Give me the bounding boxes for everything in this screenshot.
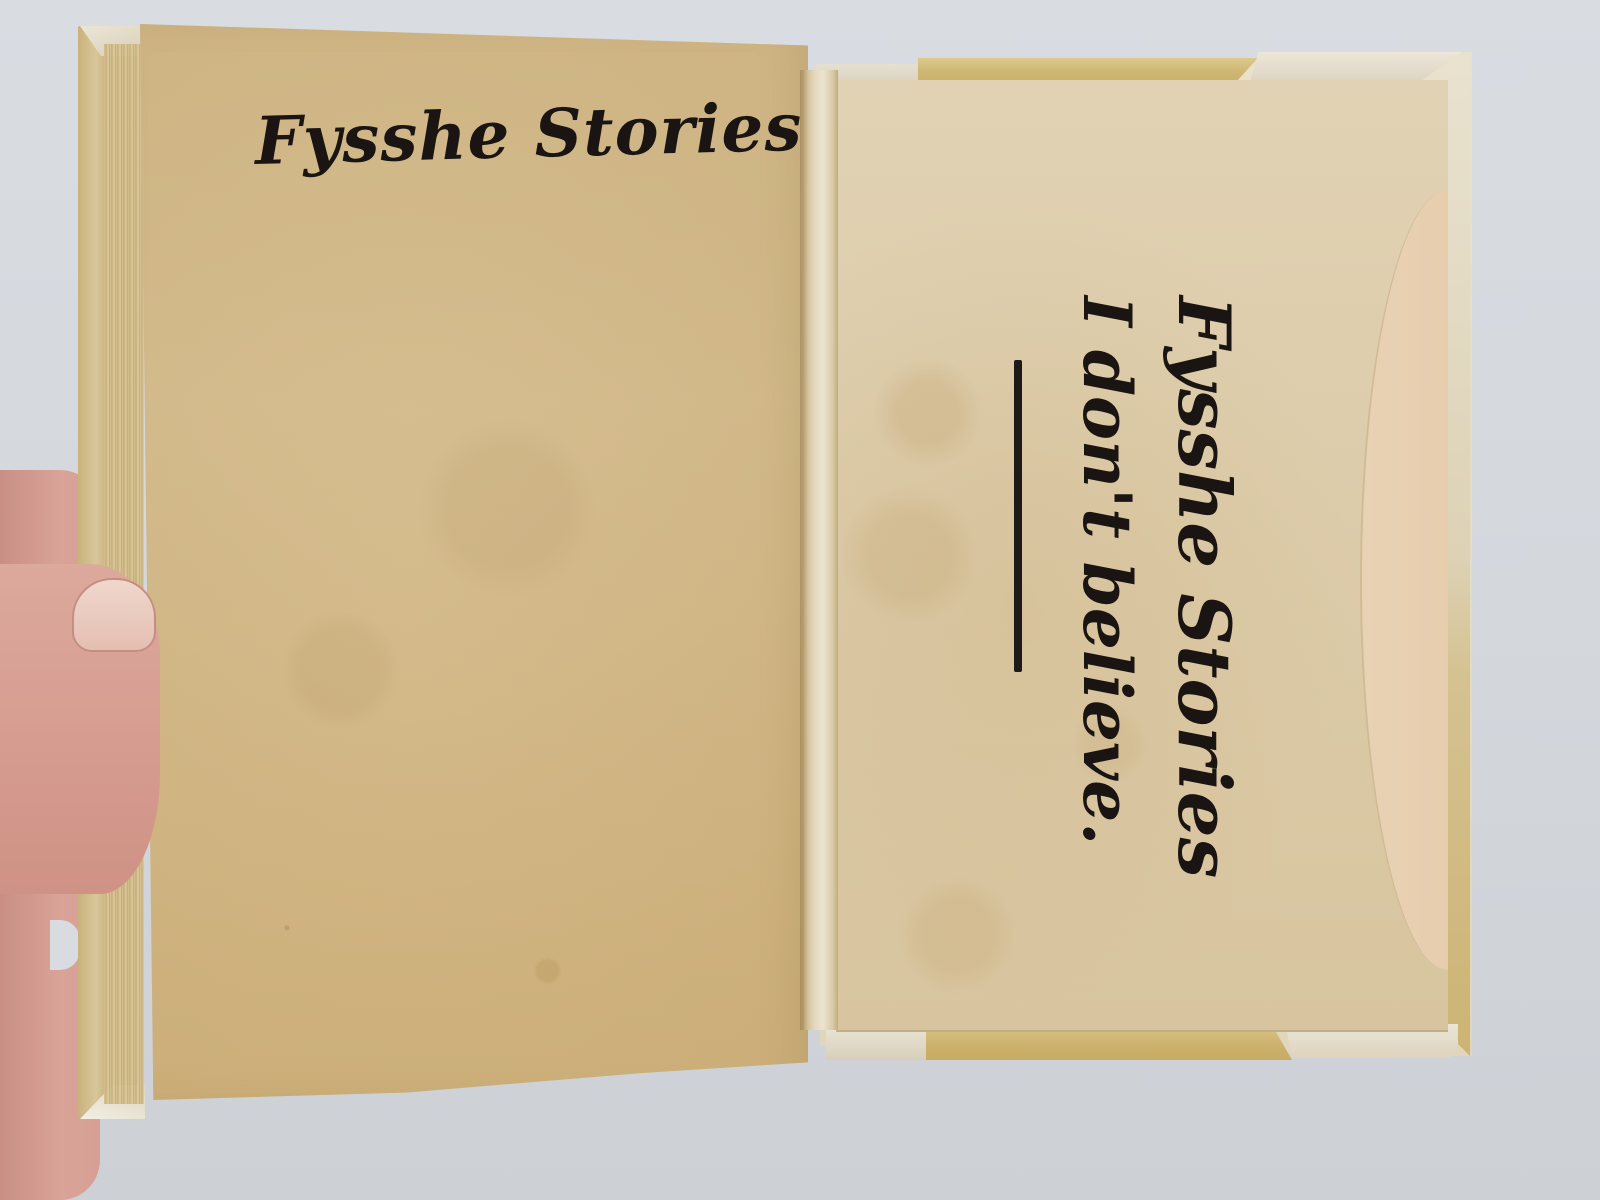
right-page-subtitle: I don't believe. bbox=[1074, 296, 1140, 878]
right-page-title: Fysshe Stories bbox=[1168, 296, 1240, 878]
right-page-rule-line bbox=[1014, 360, 1022, 672]
left-page-foxing bbox=[140, 24, 808, 1100]
book-gutter bbox=[804, 70, 838, 1030]
left-page bbox=[140, 24, 808, 1100]
board-turn-in-bottom-gold bbox=[926, 1028, 1292, 1060]
finger-gap bbox=[50, 920, 80, 970]
photo-scene: Fysshe Stories Fysshe Stories I don't be… bbox=[0, 0, 1600, 1200]
thumbnail-nail bbox=[72, 578, 156, 652]
gutter-shadow bbox=[800, 70, 808, 1030]
board-turn-in-bottom-left bbox=[826, 1030, 930, 1060]
right-page-inscription: Fysshe Stories I don't believe. bbox=[1074, 296, 1240, 878]
left-page-title: Fysshe Stories bbox=[254, 95, 756, 174]
